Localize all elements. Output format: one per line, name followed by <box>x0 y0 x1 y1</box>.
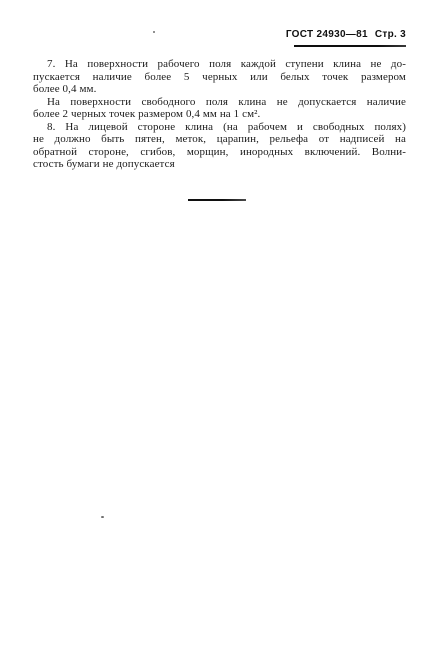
scan-speck <box>101 516 104 518</box>
document-code: ГОСТ 24930—81 <box>286 29 368 40</box>
page-number-label: Стр. 3 <box>375 29 406 40</box>
section-divider <box>188 199 246 201</box>
text-line: обратной стороне, сгибов, морщин, инород… <box>33 146 406 159</box>
text-line: На поверхности свободного поля клина не … <box>33 96 406 109</box>
document-body: 7. На поверхности рабочего поля каждой с… <box>33 58 406 171</box>
page-header: ГОСТ 24930—81Стр. 3 <box>0 29 406 40</box>
text-line: 7. На поверхности рабочего поля каждой с… <box>33 58 406 71</box>
text-line: не должно быть пятен, меток, царапин, ре… <box>33 133 406 146</box>
text-line: более 2 черных точек размером 0,4 мм на … <box>33 108 406 121</box>
text-line: 8. На лицевой стороне клина (на рабочем … <box>33 121 406 134</box>
text-line: пускается наличие более 5 черных или бел… <box>33 71 406 84</box>
text-line: более 0,4 мм. <box>33 83 406 96</box>
text-line: стость бумаги не допускается <box>33 158 406 171</box>
header-underline <box>294 45 406 47</box>
scan-speck <box>153 31 155 33</box>
document-page: ГОСТ 24930—81Стр. 3 7. На поверхности ра… <box>0 0 431 654</box>
